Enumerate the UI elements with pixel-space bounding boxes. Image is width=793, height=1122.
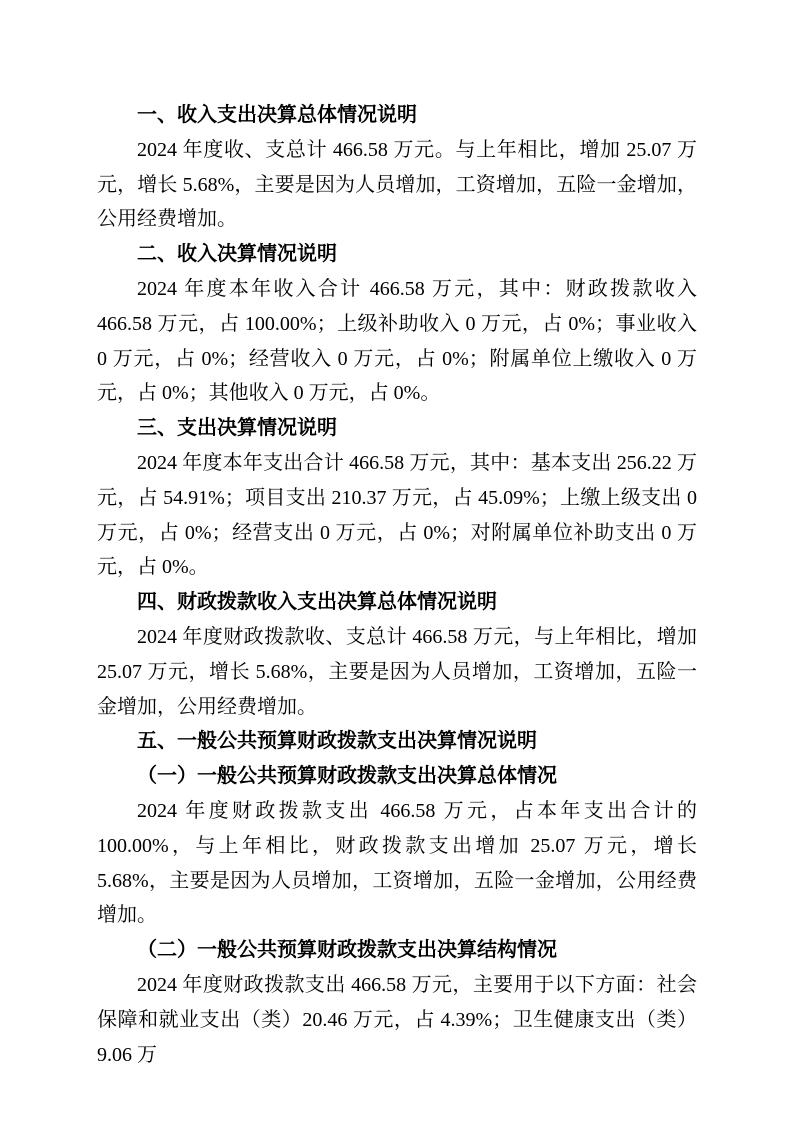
document-page: 一、收入支出决算总体情况说明 2024 年度收、支总计 466.58 万元。与上… [0, 0, 793, 1122]
section-2-body: 2024 年度本年收入合计 466.58 万元，其中：财政拨款收入 466.58… [97, 272, 697, 411]
section-4-body: 2024 年度财政拨款收、支总计 466.58 万元，与上年相比，增加 25.0… [97, 620, 697, 724]
subsection-5-1-heading: （一）一般公共预算财政拨款支出决算总体情况 [97, 759, 697, 794]
section-2-heading: 二、收入决算情况说明 [97, 237, 697, 272]
subsection-5-1-body: 2024 年度财政拨款支出 466.58 万元，占本年支出合计的 100.00%… [97, 794, 697, 933]
document-content: 一、收入支出决算总体情况说明 2024 年度收、支总计 466.58 万元。与上… [97, 98, 697, 1072]
section-1-body: 2024 年度收、支总计 466.58 万元。与上年相比，增加 25.07 万元… [97, 133, 697, 237]
section-3-body: 2024 年度本年支出合计 466.58 万元，其中：基本支出 256.22 万… [97, 446, 697, 585]
subsection-5-2-body: 2024 年度财政拨款支出 466.58 万元，主要用于以下方面：社会保障和就业… [97, 968, 697, 1072]
section-3-heading: 三、支出决算情况说明 [97, 411, 697, 446]
section-4-heading: 四、财政拨款收入支出决算总体情况说明 [97, 585, 697, 620]
section-1-heading: 一、收入支出决算总体情况说明 [97, 98, 697, 133]
subsection-5-2-heading: （二）一般公共预算财政拨款支出决算结构情况 [97, 933, 697, 968]
section-5-heading: 五、一般公共预算财政拨款支出决算情况说明 [97, 724, 697, 759]
